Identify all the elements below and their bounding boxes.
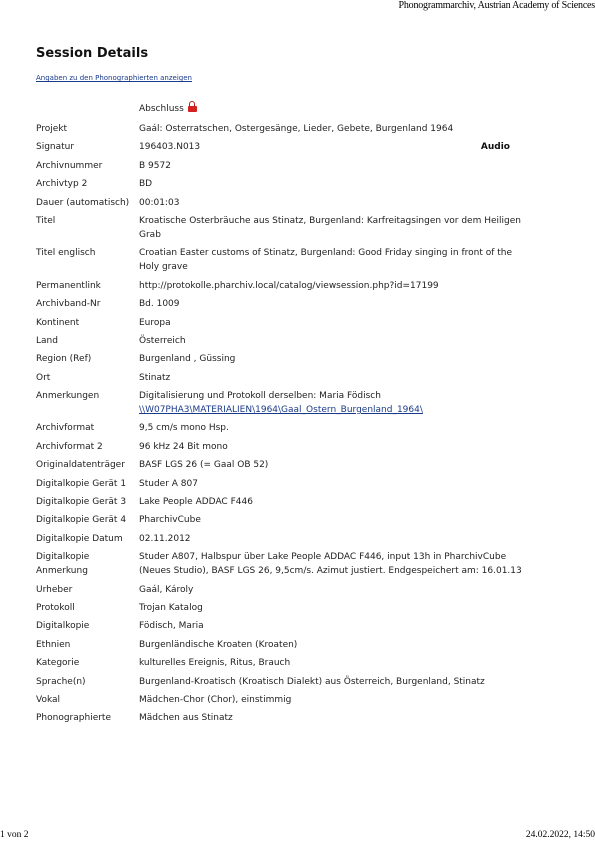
field-label: Kontinent: [36, 316, 139, 330]
field-value-text: Studer A 807: [139, 477, 526, 491]
field-value-text: Bd. 1009: [139, 297, 526, 311]
field-row: Signatur196403.N013Audio: [36, 140, 526, 154]
field-value: Gaál, Károly: [139, 583, 526, 597]
field-label: Archivtyp 2: [36, 177, 139, 191]
field-row: Kategoriekulturelles Ereignis, Ritus, Br…: [36, 656, 526, 670]
field-value: 00:01:03: [139, 196, 526, 210]
field-value: 196403.N013: [139, 140, 481, 154]
field-value-text: Studer A807, Halbspur über Lake People A…: [139, 550, 526, 578]
field-row: Permanentlinkhttp://protokolle.pharchiv.…: [36, 279, 526, 293]
field-value: Österreich: [139, 334, 526, 348]
field-value-text: Croatian Easter customs of Stinatz, Burg…: [139, 246, 526, 274]
field-value: Kroatische Osterbräuche aus Stinatz, Bur…: [139, 214, 526, 242]
field-value-text: Europa: [139, 316, 526, 330]
field-value: Stinatz: [139, 371, 526, 385]
field-label: Protokoll: [36, 601, 139, 615]
field-label: Sprache(n): [36, 675, 139, 689]
field-value-text: Stinatz: [139, 371, 526, 385]
field-label: Land: [36, 334, 139, 348]
field-label: Archivformat 2: [36, 440, 139, 454]
field-label: Digitalkopie Datum: [36, 532, 139, 546]
field-label: Digitalkopie Gerät 1: [36, 477, 139, 491]
field-row: KontinentEuropa: [36, 316, 526, 330]
field-label: Titel: [36, 214, 139, 242]
field-value-text: Burgenland , Güssing: [139, 352, 526, 366]
field-label: Originaldatenträger: [36, 458, 139, 472]
field-value-text: Lake People ADDAC F446: [139, 495, 526, 509]
field-value-text: Gaál, Károly: [139, 583, 526, 597]
field-value: Studer A 807: [139, 477, 526, 491]
field-row: EthnienBurgenländische Kroaten (Kroaten): [36, 638, 526, 652]
field-value-text: PharchivCube: [139, 513, 526, 527]
status-text: Abschluss: [139, 104, 184, 114]
field-value-text: kulturelles Ereignis, Ritus, Brauch: [139, 656, 526, 670]
field-value: 02.11.2012: [139, 532, 526, 546]
field-row: OriginaldatenträgerBASF LGS 26 (= Gaal O…: [36, 458, 526, 472]
field-value: Gaál: Osterratschen, Ostergesänge, Liede…: [139, 122, 526, 136]
field-value: PharchivCube: [139, 513, 526, 527]
field-value-text: 00:01:03: [139, 196, 526, 210]
field-value: B 9572: [139, 159, 526, 173]
field-value: Mädchen-Chor (Chor), einstimmig: [139, 693, 526, 707]
field-value-text: Kroatische Osterbräuche aus Stinatz, Bur…: [139, 214, 526, 242]
field-row: Digitalkopie AnmerkungStuder A807, Halbs…: [36, 550, 526, 578]
field-value: Croatian Easter customs of Stinatz, Burg…: [139, 246, 526, 274]
field-label: Signatur: [36, 140, 139, 154]
page-title: Session Details: [36, 46, 148, 61]
status-row: Abschluss: [36, 101, 526, 116]
field-value-text: Födisch, Maria: [139, 619, 526, 633]
status-value: Abschluss: [139, 101, 526, 116]
field-row: ProjektGaál: Osterratschen, Ostergesänge…: [36, 122, 526, 136]
field-value-text: Burgenländische Kroaten (Kroaten): [139, 638, 526, 652]
field-value-text: BASF LGS 26 (= Gaal OB 52): [139, 458, 526, 472]
field-row: ProtokollTrojan Katalog: [36, 601, 526, 615]
field-label: Digitalkopie: [36, 619, 139, 633]
field-value: Burgenland-Kroatisch (Kroatisch Dialekt)…: [139, 675, 526, 689]
field-value: Trojan Katalog: [139, 601, 526, 615]
field-value: 9,5 cm/s mono Hsp.: [139, 421, 526, 435]
field-value: Burgenländische Kroaten (Kroaten): [139, 638, 526, 652]
show-phonographed-link[interactable]: Angaben zu den Phonographierten anzeigen: [36, 74, 192, 82]
field-value: Mädchen aus Stinatz: [139, 711, 526, 725]
field-value-text: Trojan Katalog: [139, 601, 526, 615]
field-label: Digitalkopie Gerät 4: [36, 513, 139, 527]
field-row: Digitalkopie Datum02.11.2012: [36, 532, 526, 546]
field-value-text: BD: [139, 177, 526, 191]
field-value: http://protokolle.pharchiv.local/catalog…: [139, 279, 526, 293]
field-label: Phonographierte: [36, 711, 139, 725]
field-value-text: 196403.N013: [139, 140, 481, 154]
field-value: Lake People ADDAC F446: [139, 495, 526, 509]
field-value: 96 kHz 24 Bit mono: [139, 440, 526, 454]
field-label: Digitalkopie Anmerkung: [36, 550, 139, 578]
field-row: ArchivnummerB 9572: [36, 159, 526, 173]
session-details: Abschluss ProjektGaál: Osterratschen, Os…: [36, 101, 526, 730]
field-value: Studer A807, Halbspur über Lake People A…: [139, 550, 526, 578]
field-label: Digitalkopie Gerät 3: [36, 495, 139, 509]
field-label: Archivnummer: [36, 159, 139, 173]
media-type-badge: Audio: [481, 140, 526, 154]
field-row: LandÖsterreich: [36, 334, 526, 348]
field-row: UrheberGaál, Károly: [36, 583, 526, 597]
field-value: Burgenland , Güssing: [139, 352, 526, 366]
field-value-text: 96 kHz 24 Bit mono: [139, 440, 526, 454]
field-value: BASF LGS 26 (= Gaal OB 52): [139, 458, 526, 472]
lock-icon: [188, 101, 197, 112]
field-label: Archivband-Nr: [36, 297, 139, 311]
field-row: AnmerkungenDigitalisierung und Protokoll…: [36, 389, 526, 417]
print-datetime: 24.02.2022, 14:50: [526, 830, 595, 840]
field-row: Digitalkopie Gerät 4PharchivCube: [36, 513, 526, 527]
field-label: Kategorie: [36, 656, 139, 670]
field-row: Titel englischCroatian Easter customs of…: [36, 246, 526, 274]
field-label: Anmerkungen: [36, 389, 139, 417]
field-row: VokalMädchen-Chor (Chor), einstimmig: [36, 693, 526, 707]
field-value-text: Österreich: [139, 334, 526, 348]
field-value: Bd. 1009: [139, 297, 526, 311]
field-row: PhonographierteMädchen aus Stinatz: [36, 711, 526, 725]
field-row: Digitalkopie Gerät 3Lake People ADDAC F4…: [36, 495, 526, 509]
field-value: BD: [139, 177, 526, 191]
field-row: TitelKroatische Osterbräuche aus Stinatz…: [36, 214, 526, 242]
field-row: Dauer (automatisch)00:01:03: [36, 196, 526, 210]
status-label-spacer: [36, 101, 139, 116]
field-value-text: B 9572: [139, 159, 526, 173]
field-row: Region (Ref)Burgenland , Güssing: [36, 352, 526, 366]
field-value-text: 02.11.2012: [139, 532, 526, 546]
field-label: Ort: [36, 371, 139, 385]
field-label: Vokal: [36, 693, 139, 707]
page-number: 1 von 2: [0, 830, 29, 840]
field-row: Archivband-NrBd. 1009: [36, 297, 526, 311]
field-value-text: Burgenland-Kroatisch (Kroatisch Dialekt)…: [139, 675, 526, 689]
field-value-text: Digitalisierung und Protokoll derselben:…: [139, 389, 526, 403]
field-label: Archivformat: [36, 421, 139, 435]
field-label: Titel englisch: [36, 246, 139, 274]
field-value-text: 9,5 cm/s mono Hsp.: [139, 421, 526, 435]
field-value-text: Gaál: Osterratschen, Ostergesänge, Liede…: [139, 122, 526, 136]
field-label: Region (Ref): [36, 352, 139, 366]
print-header: Phonogrammarchiv, Austrian Academy of Sc…: [399, 0, 595, 11]
field-label: Permanentlink: [36, 279, 139, 293]
field-value: Europa: [139, 316, 526, 330]
field-value: kulturelles Ereignis, Ritus, Brauch: [139, 656, 526, 670]
field-row: Archivformat9,5 cm/s mono Hsp.: [36, 421, 526, 435]
field-value: Digitalisierung und Protokoll derselben:…: [139, 389, 526, 417]
field-row: OrtStinatz: [36, 371, 526, 385]
field-label: Ethnien: [36, 638, 139, 652]
field-label: Urheber: [36, 583, 139, 597]
field-row: Sprache(n)Burgenland-Kroatisch (Kroatisc…: [36, 675, 526, 689]
field-label: Projekt: [36, 122, 139, 136]
field-value: Födisch, Maria: [139, 619, 526, 633]
field-row: Archivtyp 2BD: [36, 177, 526, 191]
field-row: Digitalkopie Gerät 1Studer A 807: [36, 477, 526, 491]
field-row: DigitalkopieFödisch, Maria: [36, 619, 526, 633]
folder-path-link[interactable]: \\W07PHA3\MATERIALIEN\1964\Gaal_Ostern_B…: [139, 405, 423, 415]
field-value-text: Mädchen aus Stinatz: [139, 711, 526, 725]
field-value-text: Mädchen-Chor (Chor), einstimmig: [139, 693, 526, 707]
field-label: Dauer (automatisch): [36, 196, 139, 210]
field-row: Archivformat 296 kHz 24 Bit mono: [36, 440, 526, 454]
field-value-text: http://protokolle.pharchiv.local/catalog…: [139, 279, 526, 293]
